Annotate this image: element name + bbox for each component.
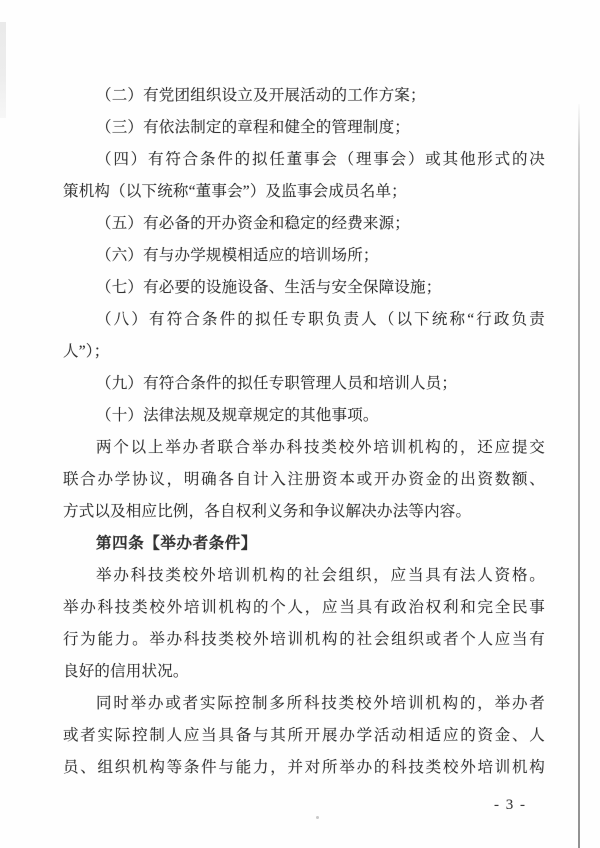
document-page: （二）有党团组织设立及开展活动的工作方案；（三）有依法制定的章程和健全的管理制度… bbox=[0, 0, 600, 848]
text-line: （四）有符合条件的拟任董事会（理事会）或其他形式的决 bbox=[63, 144, 545, 176]
text-line: （十）法律法规及规章规定的其他事项。 bbox=[63, 400, 545, 432]
text-line: 良好的信用状况。 bbox=[63, 656, 545, 688]
scan-artifact-left-strip bbox=[0, 22, 6, 118]
text-line: 员、组织机构等条件与能力，并对所举办的科技类校外培训机构 bbox=[63, 752, 545, 784]
document-text-block: （二）有党团组织设立及开展活动的工作方案；（三）有依法制定的章程和健全的管理制度… bbox=[63, 80, 545, 784]
text-line: 两个以上举办者联合举办科技类校外培训机构的，还应提交 bbox=[63, 432, 545, 464]
text-line: 行为能力。举办科技类校外培训机构的社会组织或者个人应当有 bbox=[63, 624, 545, 656]
text-line: （九）有符合条件的拟任专职管理人员和培训人员； bbox=[63, 368, 545, 400]
text-line: （三）有依法制定的章程和健全的管理制度； bbox=[63, 112, 545, 144]
scan-artifact-speck bbox=[316, 816, 319, 819]
text-line: （六）有与办学规模相适应的培训场所； bbox=[63, 240, 545, 272]
text-line: 同时举办或者实际控制多所科技类校外培训机构的，举办者 bbox=[63, 688, 545, 720]
text-line: 策机构（以下统称“董事会”）及监事会成员名单； bbox=[63, 176, 545, 208]
section-heading: 第四条【举办者条件】 bbox=[63, 528, 545, 560]
text-line: （八）有符合条件的拟任专职负责人（以下统称“行政负责 bbox=[63, 304, 545, 336]
text-line: 联合办学协议，明确各自计入注册资本或开办资金的出资数额、 bbox=[63, 464, 545, 496]
text-line: 或者实际控制人应当具备与其所开展办学活动相适应的资金、人 bbox=[63, 720, 545, 752]
scan-artifact-right-edge-line bbox=[578, 104, 580, 848]
page-number: - 3 - bbox=[494, 793, 554, 817]
text-line: 举办科技类校外培训机构的社会组织，应当具有法人资格。 bbox=[63, 560, 545, 592]
text-line: （七）有必要的设施设备、生活与安全保障设施； bbox=[63, 272, 545, 304]
text-line: （二）有党团组织设立及开展活动的工作方案； bbox=[63, 80, 545, 112]
text-line: 人”）； bbox=[63, 336, 545, 368]
text-line: （五）有必备的开办资金和稳定的经费来源； bbox=[63, 208, 545, 240]
text-line: 方式以及相应比例，各自权利义务和争议解决办法等内容。 bbox=[63, 496, 545, 528]
text-line: 举办科技类校外培训机构的个人，应当具有政治权利和完全民事 bbox=[63, 592, 545, 624]
